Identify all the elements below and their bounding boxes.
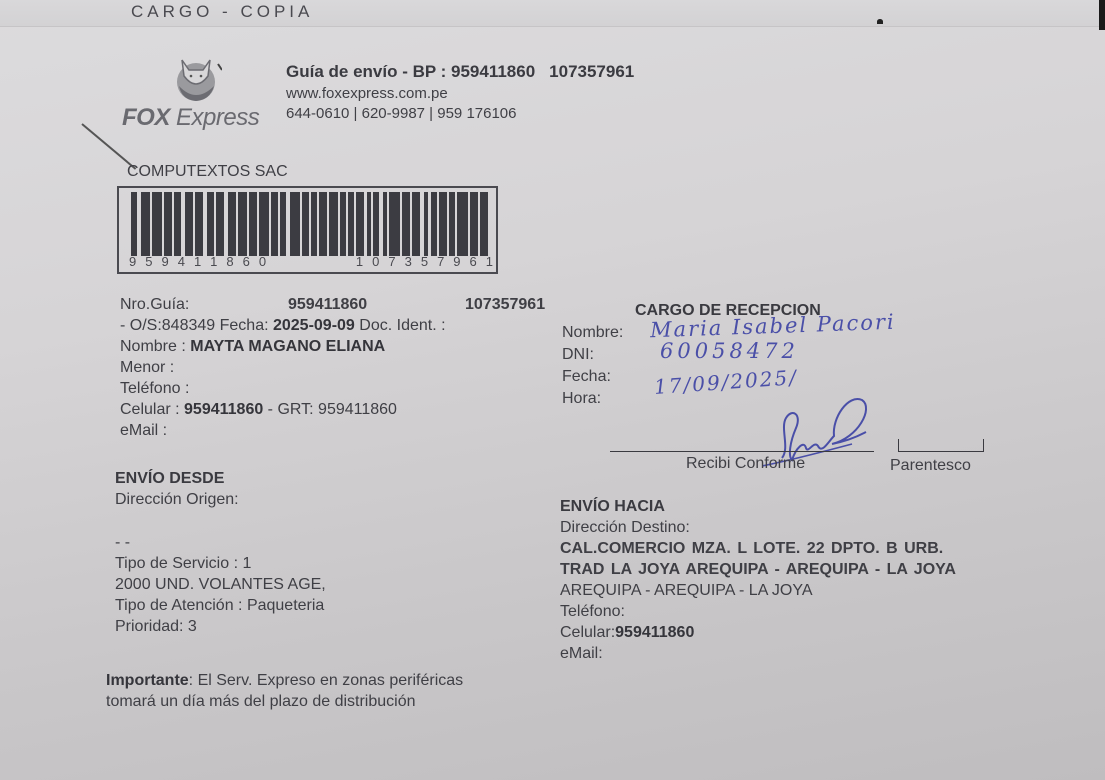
handwritten-dni: 60058472: [660, 339, 799, 363]
cargo-dni-label: DNI:: [562, 344, 623, 366]
doc-ident-label: Doc. Ident. :: [355, 317, 446, 334]
logo-brand-light: Express: [170, 104, 259, 131]
direccion-destino-label: Dirección Destino:: [560, 517, 1010, 538]
important-note: Importante: El Serv. Expreso en zonas pe…: [106, 670, 526, 712]
menor-row: Menor :: [120, 357, 550, 378]
nro-guia-value-2: 107357961: [465, 294, 545, 315]
ink-dot: [877, 19, 883, 24]
barcode-digits-right: 107357961: [356, 254, 493, 269]
guide-title-prefix: Guía de envío - BP :: [286, 62, 451, 81]
website: www.foxexpress.com.pe: [286, 85, 634, 102]
shipping-guide-document: FOX Express Guía de envío - BP : 9594118…: [0, 26, 1105, 780]
important-text-2: tomará un día más del plazo de distribuc…: [106, 691, 526, 712]
barcode-digit: 0: [259, 254, 266, 269]
fox-icon: [170, 52, 222, 104]
direccion-origen-value: - -: [115, 532, 545, 553]
guide-header: Guía de envío - BP : 959411860107357961 …: [286, 62, 634, 122]
nro-guia-value-1: 959411860: [288, 294, 367, 315]
barcode-bars: [131, 192, 491, 256]
barcode-digits: 959411860 107357961: [129, 254, 493, 269]
logo-wordmark: FOX Express: [122, 104, 259, 132]
parentesco-label: Parentesco: [890, 457, 971, 475]
celular-value: 959411860: [184, 401, 263, 418]
telefono-row: Teléfono :: [120, 378, 550, 399]
nombre-value: MAYTA MAGANO ELIANA: [190, 338, 385, 355]
envio-desde-title: ENVÍO DESDE: [115, 468, 545, 489]
secondary-number: 107357961: [549, 62, 634, 81]
destino-telefono-label: Teléfono:: [560, 601, 1010, 622]
grt-label: - GRT: 959411860: [263, 401, 397, 418]
cargo-hora-label: Hora:: [562, 388, 623, 410]
signature-line: [610, 451, 874, 452]
company-name: COMPUTEXTOS SAC: [127, 163, 288, 181]
barcode-digit: 1: [194, 254, 201, 269]
cargo-nombre-label: Nombre:: [562, 322, 623, 344]
barcode-digit: 1: [486, 254, 493, 269]
fecha-value: 2025-09-09: [273, 317, 355, 334]
guide-title: Guía de envío - BP : 959411860107357961: [286, 62, 634, 82]
envio-desde-section: ENVÍO DESDE Dirección Origen: - - Tipo d…: [115, 468, 545, 637]
cargo-labels: Nombre: DNI: Fecha: Hora:: [562, 322, 623, 410]
barcode-digit: 4: [178, 254, 185, 269]
contenido: 2000 UND. VOLANTES AGE,: [115, 574, 545, 595]
prioridad: Prioridad: 3: [115, 616, 545, 637]
address-line-3: AREQUIPA - AREQUIPA - LA JOYA: [560, 580, 1010, 601]
copy-sheet: CARGO - COPIA: [0, 0, 1105, 27]
address-line-1: CAL.COMERCIO MZA. L LOTE. 22 DPTO. B URB…: [560, 538, 1010, 559]
barcode-digit: 9: [453, 254, 460, 269]
barcode-digit: 6: [243, 254, 250, 269]
destino-celular-label: Celular:: [560, 624, 615, 641]
bp-number: 959411860: [451, 62, 535, 81]
phones: 644-0610 | 620-9987 | 959 176106: [286, 105, 634, 122]
important-text-1: : El Serv. Expreso en zonas periféricas: [189, 672, 464, 689]
fox-express-logo: FOX Express: [122, 52, 272, 132]
barcode-digit: 1: [210, 254, 217, 269]
barcode: 959411860 107357961: [117, 186, 498, 274]
celular-label: Celular :: [120, 401, 184, 418]
destino-celular-row: Celular:959411860: [560, 622, 1010, 643]
sender-info: Nro.Guía: 959411860 107357961 - O/S:8483…: [120, 294, 550, 441]
celular-row: Celular : 959411860 - GRT: 959411860: [120, 399, 550, 420]
barcode-digit: 6: [470, 254, 477, 269]
barcode-digit: 5: [145, 254, 152, 269]
barcode-digit: 7: [437, 254, 444, 269]
barcode-digit: 5: [421, 254, 428, 269]
barcode-digit: 3: [405, 254, 412, 269]
destino-email-label: eMail:: [560, 643, 1010, 664]
cargo-fecha-label: Fecha:: [562, 366, 623, 388]
barcode-digit: 9: [161, 254, 168, 269]
direccion-origen-label: Dirección Origen:: [115, 489, 545, 510]
signature-label: Recibi Conforme: [686, 455, 805, 473]
logo-brand-bold: FOX: [122, 104, 170, 131]
parentesco-field: [898, 439, 984, 452]
os-fecha-row: - O/S:848349 Fecha: 2025-09-09 Doc. Iden…: [120, 315, 550, 336]
nro-guia-label: Nro.Guía:: [120, 296, 189, 313]
os-label: - O/S:848349 Fecha:: [120, 317, 273, 334]
barcode-digit: 1: [356, 254, 363, 269]
barcode-digits-left: 959411860: [129, 254, 266, 269]
barcode-digit: 9: [129, 254, 136, 269]
nombre-label: Nombre :: [120, 338, 190, 355]
important-label: Importante: [106, 672, 189, 689]
nro-guia-row: Nro.Guía: 959411860 107357961: [120, 294, 550, 315]
barcode-digit: 8: [226, 254, 233, 269]
email-row: eMail :: [120, 420, 550, 441]
destino-celular-value: 959411860: [615, 624, 694, 641]
tipo-servicio: Tipo de Servicio : 1: [115, 553, 545, 574]
nombre-row: Nombre : MAYTA MAGANO ELIANA: [120, 336, 550, 357]
barcode-digit: 0: [372, 254, 379, 269]
barcode-digit: 7: [388, 254, 395, 269]
copy-sheet-label: CARGO - COPIA: [131, 2, 313, 22]
address-line-2: TRAD LA JOYA AREQUIPA - AREQUIPA - LA JO…: [560, 559, 1010, 580]
envio-hacia-section: ENVÍO HACIA Dirección Destino: CAL.COMER…: [560, 496, 1010, 664]
envio-hacia-title: ENVÍO HACIA: [560, 496, 1010, 517]
tipo-atencion: Tipo de Atención : Paqueteria: [115, 595, 545, 616]
